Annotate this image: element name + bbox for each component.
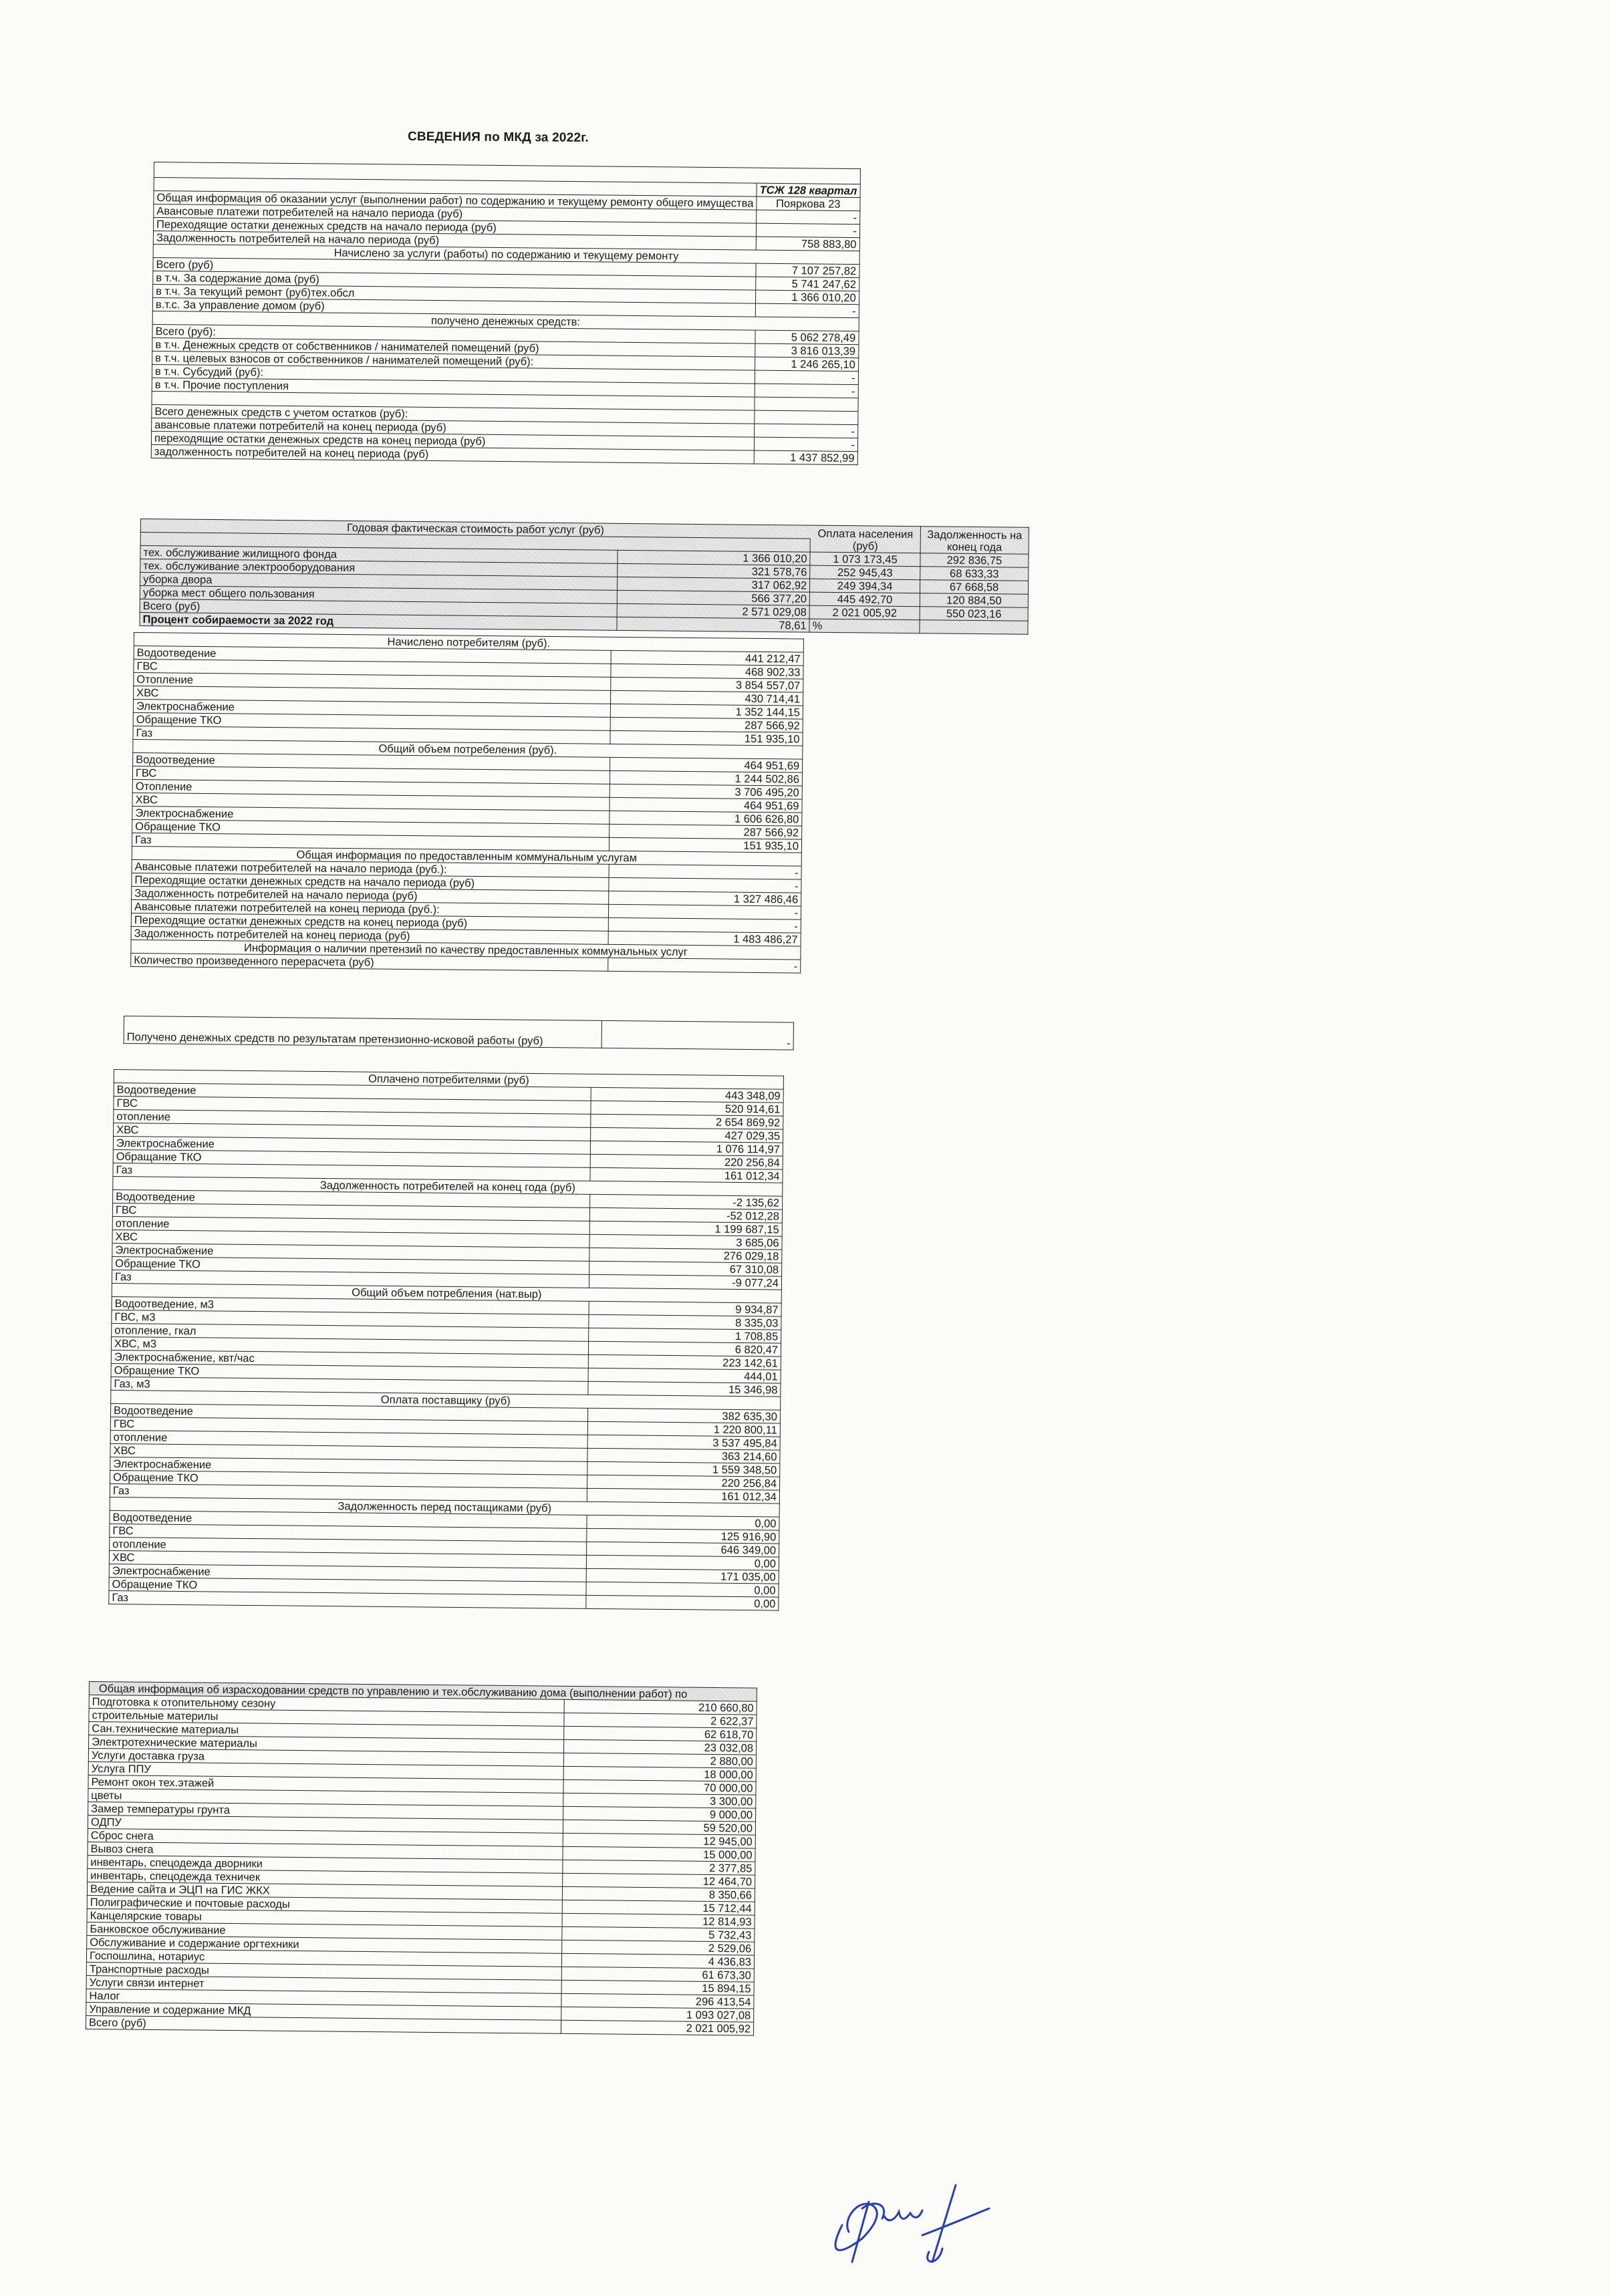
row-value: 3 854 557,07 — [611, 677, 803, 692]
row-value: 296 413,54 — [561, 1993, 754, 2009]
row-value: 382 635,30 — [588, 1408, 781, 1423]
row-value: - — [755, 384, 858, 398]
row-value: 2 021 005,92 — [561, 2020, 754, 2035]
row-value: 1 708,85 — [589, 1328, 781, 1343]
row-value: 12 464,70 — [563, 1873, 755, 1888]
row-value: 2 529,06 — [562, 1940, 755, 1955]
row-value: 758 883,80 — [756, 237, 859, 251]
block-payments: Оплачено потребителями (руб) Водоотведен… — [108, 1069, 784, 1611]
row-value — [755, 410, 858, 424]
org-name: ТСЖ 128 квартал — [757, 183, 860, 197]
row-value: - — [756, 223, 859, 237]
col-header-paid: Оплата населения (руб) — [810, 525, 920, 553]
row-value: 3 706 495,20 — [610, 784, 803, 799]
block-utilities: Начислено потребителям (руб). Водоотведе… — [130, 632, 804, 974]
row-paid: 2 021 005,92 — [809, 605, 920, 620]
row-value: 1 220 800,11 — [588, 1421, 781, 1437]
row-value: 15 346,98 — [588, 1381, 781, 1397]
claims-received-label: Получено денежных средств по результатам… — [124, 1016, 601, 1048]
row-value: - — [754, 437, 857, 451]
row-cost: 2 571 029,08 — [618, 603, 810, 619]
row-value: 0,00 — [586, 1595, 779, 1610]
row-value: -52 012,28 — [590, 1207, 783, 1223]
row-cost: 566 377,20 — [618, 590, 810, 605]
row-value: 1 352 144,15 — [611, 704, 803, 719]
row-paid: 445 492,70 — [809, 592, 920, 607]
row-value: 1 076 114,97 — [591, 1141, 783, 1156]
row-value: 210 660,80 — [564, 1699, 757, 1715]
row-value: 0,00 — [587, 1555, 779, 1570]
row-value: 464 951,69 — [610, 757, 803, 772]
row-value: 287 566,92 — [610, 824, 802, 839]
row-value: -2 135,62 — [590, 1194, 783, 1209]
utilities-table: Начислено потребителям (руб). Водоотведе… — [130, 632, 804, 974]
row-value: 3 537 495,84 — [587, 1435, 780, 1450]
row-value: 62 618,70 — [564, 1726, 757, 1741]
row-value: 151 935,10 — [610, 730, 803, 746]
row-debt: 292 836,75 — [920, 553, 1029, 568]
row-value: 1 246 265,10 — [755, 357, 859, 371]
row-value: 171 035,00 — [586, 1568, 779, 1584]
row-value: 276 029,18 — [589, 1248, 782, 1263]
row-value: 363 214,60 — [587, 1448, 780, 1463]
row-value: - — [755, 424, 858, 438]
collection-unit: % — [809, 619, 920, 633]
row-value: 151 935,10 — [610, 837, 802, 853]
row-debt: 68 633,33 — [920, 567, 1029, 581]
row-paid: 252 945,43 — [810, 565, 920, 580]
row-value: 1 483 486,27 — [609, 931, 801, 946]
row-value: 12 814,93 — [562, 1913, 755, 1928]
collection-value: 78,61 — [617, 617, 809, 632]
row-debt: 550 023,16 — [920, 607, 1028, 621]
row-value: 0,00 — [586, 1582, 779, 1597]
row-value: - — [755, 303, 859, 317]
row-debt: 67 668,58 — [920, 580, 1029, 595]
row-value: 67 310,08 — [589, 1261, 782, 1276]
row-value: 1 606 626,80 — [610, 811, 802, 826]
row-value: 15 000,00 — [563, 1846, 755, 1862]
row-value: 1 366 010,20 — [755, 290, 859, 304]
block-claims: Получено денежных средств по результатам… — [124, 1016, 794, 1050]
row-cost: 317 062,92 — [618, 577, 810, 592]
recalc-value: - — [608, 958, 801, 973]
row-paid: 249 394,34 — [810, 579, 920, 593]
row-value: 2 654 869,92 — [591, 1114, 783, 1129]
row-value: - — [757, 210, 860, 224]
row-value: 2 622,37 — [564, 1713, 757, 1728]
signature — [822, 2178, 996, 2272]
row-value: 1 437 852,99 — [754, 450, 857, 464]
block-annual-cost: Годовая фактическая стоимость работ услу… — [139, 519, 1029, 635]
row-value: -9 077,24 — [589, 1274, 782, 1290]
row-value: 1 559 348,50 — [587, 1461, 780, 1477]
row-value: - — [609, 877, 801, 893]
row-value: 161 012,34 — [587, 1488, 780, 1503]
row-value: 3 300,00 — [563, 1793, 756, 1808]
row-value: - — [755, 370, 858, 384]
annual-cost-table: Годовая фактическая стоимость работ услу… — [139, 519, 1029, 635]
block-expenses: Общая информация об израсходовании средс… — [86, 1681, 757, 2036]
row-value: 23 032,08 — [564, 1739, 757, 1755]
row-value: - — [609, 864, 801, 879]
row-value: - — [609, 904, 801, 919]
row-value: 61 673,30 — [562, 1967, 755, 1982]
row-value: 443 348,09 — [591, 1087, 783, 1103]
row-value: 8 335,03 — [589, 1314, 781, 1330]
col-header-debt: Задолженность на конец года — [920, 527, 1029, 555]
row-value: 12 945,00 — [563, 1833, 755, 1848]
row-value: 9 934,87 — [589, 1301, 781, 1316]
row-value: 59 520,00 — [563, 1820, 756, 1835]
expenses-table: Общая информация об израсходовании средс… — [86, 1681, 757, 2036]
row-value: 15 712,44 — [563, 1900, 755, 1915]
row-value: 5 062 278,49 — [755, 330, 859, 344]
row-value: 430 714,41 — [611, 690, 803, 706]
row-paid: 1 073 173,45 — [810, 552, 920, 567]
row-value: 5 741 247,62 — [756, 277, 859, 291]
row-value: 468 902,33 — [611, 664, 803, 679]
block-general: ТСЖ 128 квартал Общая информация об оказ… — [151, 162, 861, 465]
row-value: 464 951,69 — [610, 797, 802, 813]
row-value: 7 107 257,82 — [756, 263, 859, 277]
row-value: 441 212,47 — [612, 650, 804, 666]
row-value: 8 350,66 — [563, 1886, 755, 1902]
row-value: 3 685,06 — [589, 1234, 782, 1250]
document-page: СВЕДЕНИЯ по МКД за 2022г. ТСЖ 128 кварта… — [0, 0, 1610, 2296]
row-value: 4 436,83 — [562, 1953, 755, 1969]
row-value: 223 142,61 — [589, 1354, 781, 1370]
row-value: 220 256,84 — [587, 1475, 780, 1490]
row-cost: 321 578,76 — [618, 563, 810, 579]
general-table: ТСЖ 128 квартал Общая информация об оказ… — [151, 162, 861, 465]
row-value: 1 244 502,86 — [610, 770, 803, 786]
row-value: 0,00 — [587, 1515, 779, 1530]
row-value: 444,01 — [588, 1368, 781, 1383]
row-value — [755, 397, 858, 411]
row-value: 427 029,35 — [591, 1127, 783, 1143]
row-value: 9 000,00 — [563, 1806, 756, 1822]
claims-table: Получено денежных средств по результатам… — [124, 1016, 794, 1050]
row-value: 1 199 687,15 — [589, 1221, 782, 1236]
row-value: 287 566,92 — [611, 717, 803, 732]
payments-table: Оплачено потребителями (руб) Водоотведен… — [108, 1069, 784, 1611]
row-value: 125 916,90 — [587, 1528, 779, 1544]
row-debt: 120 884,50 — [920, 593, 1028, 608]
row-value: 646 349,00 — [587, 1542, 779, 1557]
row-value: 70 000,00 — [563, 1779, 756, 1795]
row-value: 18 000,00 — [563, 1766, 756, 1781]
row-value: 1 327 486,46 — [609, 891, 801, 906]
org-address: Пояркова 23 — [757, 196, 860, 210]
row-value: 161 012,34 — [590, 1167, 783, 1183]
row-value: 2 377,85 — [563, 1860, 755, 1875]
row-value: 5 732,43 — [562, 1926, 755, 1942]
row-value: 3 816 013,39 — [755, 343, 859, 357]
row-value: 6 820,47 — [589, 1341, 781, 1356]
row-value: 15 894,15 — [561, 1980, 754, 1995]
claims-received-value: - — [601, 1020, 794, 1050]
row-value: 2 880,00 — [564, 1753, 757, 1768]
row-value: 1 093 027,08 — [561, 2007, 754, 2022]
row-cost: 1 366 010,20 — [618, 550, 810, 565]
row-value: 520 914,61 — [591, 1101, 783, 1116]
row-value: - — [609, 917, 801, 933]
document-title: СВЕДЕНИЯ по МКД за 2022г. — [408, 130, 589, 146]
row-value: 220 256,84 — [590, 1154, 783, 1169]
